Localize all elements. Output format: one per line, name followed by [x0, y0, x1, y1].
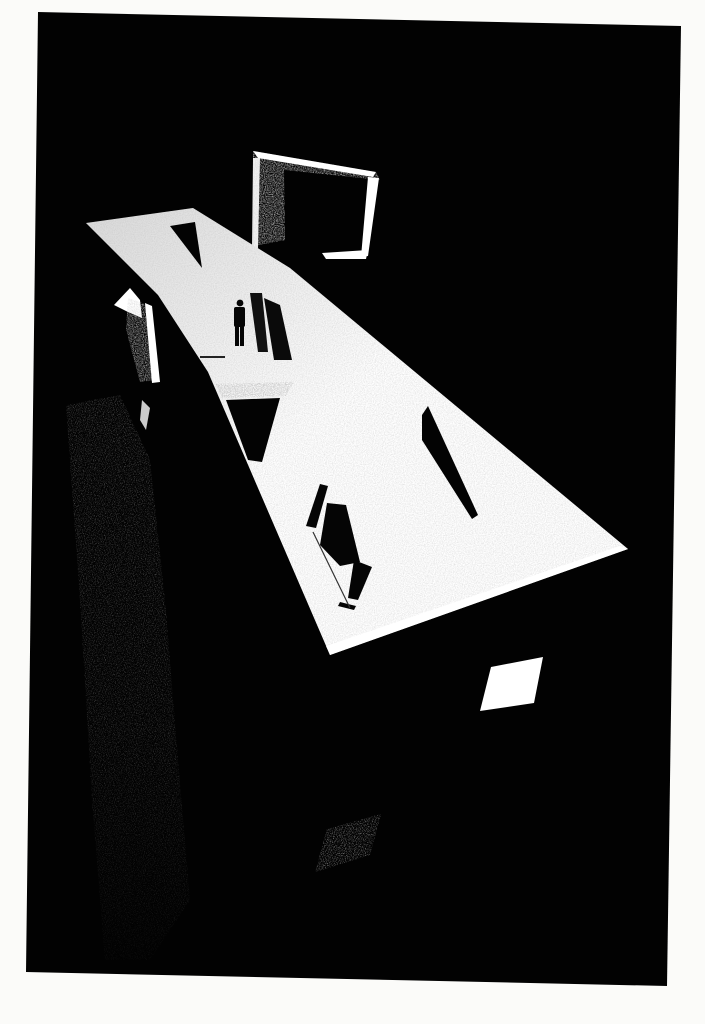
scanned-page: [0, 0, 705, 1024]
photograph: [0, 0, 705, 1024]
